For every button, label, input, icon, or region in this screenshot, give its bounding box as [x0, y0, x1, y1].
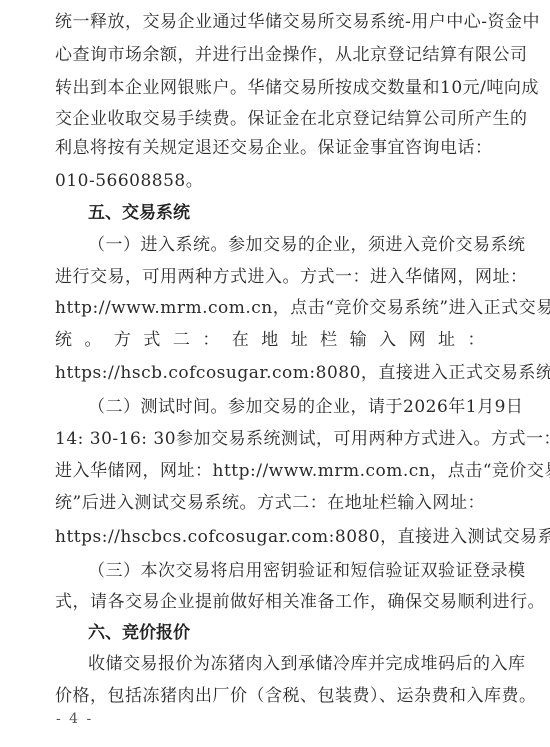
document-page: 统一释放，交易企业通过华储交易所交易系统-用户中心-资金中 心查询市场余额，并进… [0, 0, 550, 747]
paragraph-line: 统。方式二：在地址栏输入网址： [55, 329, 485, 351]
url-line: https://hscb.cofcosugar.com:8080，直接进入正式交… [55, 362, 485, 384]
paragraph-line: 利息将按有关规定退还交易企业。保证金事宜咨询电话： [55, 137, 485, 159]
paragraph-line: 式，请各交易企业提前做好相关准备工作，确保交易顺利进行。 [55, 591, 485, 613]
phone-number: 010-56608858。 [55, 170, 485, 192]
paragraph-line: 收储交易报价为冻猪肉入到承储冷库并完成堆码后的入库 [88, 653, 485, 675]
paragraph-line: 14: 30-16: 30参加交易系统测试，可用两种方式进入。方式一： [55, 428, 485, 450]
paragraph-line: 心查询市场余额，并进行出金操作，从北京登记结算有限公司 [55, 44, 485, 66]
paragraph-line: 进行交易，可用两种方式进入。方式一：进入华储网，网址： [55, 266, 485, 288]
url-line: https://hscbcs.cofcosugar.com:8080，直接进入测… [55, 526, 485, 548]
url-line: 进入华储网，网址：http://www.mrm.com.cn，点击“竞价交易系 [55, 460, 485, 482]
paragraph-line: （二）测试时间。参加交易的企业，请于2026年1月9日 [88, 396, 485, 418]
paragraph-line: （一）进入系统。参加交易的企业，须进入竞价交易系统 [88, 234, 485, 256]
section-heading-trading-system: 五、交易系统 [88, 202, 190, 224]
paragraph-line: （三）本次交易将启用密钥验证和短信验证双验证登录模 [88, 560, 485, 582]
paragraph-line: 交企业收取交易手续费。保证金在北京登记结算公司所产生的 [55, 108, 485, 130]
paragraph-line: 价格，包括冻猪肉出厂价（含税、包装费）、运杂费和入库费。 [55, 685, 485, 707]
paragraph-line: 统”后进入测试交易系统。方式二：在地址栏输入网址： [55, 492, 485, 514]
url-line: http://www.mrm.com.cn，点击“竞价交易系统”进入正式交易系 [55, 297, 485, 319]
section-heading-bidding: 六、竞价报价 [88, 622, 190, 644]
paragraph-line: 转出到本企业网银账户。华储交易所按成交数量和10元/吨向成 [55, 77, 485, 99]
paragraph-line: 统一释放，交易企业通过华储交易所交易系统-用户中心-资金中 [55, 11, 485, 33]
page-number: - 4 - [56, 711, 93, 727]
